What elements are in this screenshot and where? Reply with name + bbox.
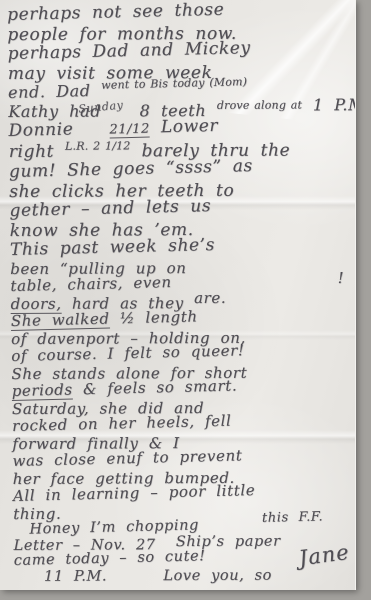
line-text: end. Dad [8, 81, 91, 102]
overwritten-note: Sunday [77, 96, 124, 117]
inserted-note: this F.F. [262, 509, 324, 526]
fraction: ½ [120, 309, 136, 327]
tooth-age-fraction: 21/12 [109, 122, 150, 139]
line-text: length [145, 307, 198, 326]
line-text: came today – so cute! [14, 548, 206, 569]
line-text: This past week she’s [10, 235, 216, 260]
line-text: thing. [13, 504, 61, 522]
letter-line: perhaps not see those [7, 0, 345, 25]
inserted-note: 1 P.M. late), [313, 95, 355, 115]
line-text: Honey I’m chopping [29, 517, 199, 537]
time-note: 11 P.M. [44, 568, 107, 584]
inserted-note: L.R. 2 1/12 [65, 139, 131, 152]
underlined-word: periods [11, 380, 72, 400]
line-text: table, chairs, even [10, 273, 172, 295]
inserted-note: went to Bis today (Mom) [101, 75, 247, 92]
line-text: Lower [161, 116, 219, 137]
scanned-letter-page: perhaps not see those people for months … [0, 0, 371, 600]
line-text: perhaps not see those [7, 0, 225, 25]
line-text: right [9, 141, 54, 161]
line-text: Love you, so [163, 567, 272, 584]
margin-mark: ! [337, 270, 344, 288]
line-text: gether – and lets us [9, 196, 211, 221]
underlined-word: She walked [11, 310, 110, 331]
line-text: Donnie [8, 119, 73, 141]
letter-body: perhaps not see those people for months … [7, 2, 352, 586]
letter-closing: Honey I’m chopping this F.F. Letter – No… [13, 519, 352, 585]
inserted-note: drove along at [217, 98, 302, 111]
letter-paper: perhaps not see those people for months … [0, 0, 355, 590]
line-text: & feels so smart. [83, 376, 238, 398]
raised-word: are. [194, 288, 226, 306]
signature: Jane [297, 540, 351, 571]
